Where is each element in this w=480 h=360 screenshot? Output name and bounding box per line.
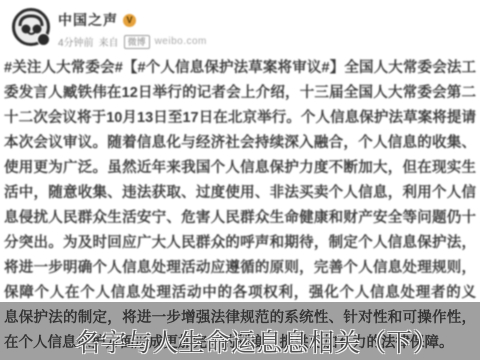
post-header: 中国之声 V 4分钟前 来自 微博 weibo.com <box>12 8 476 52</box>
post-text-upper: #关注人大常委会#【#个人信息保护法草案将审议#】全国人大常委会法工委发言人臧铁… <box>4 56 476 306</box>
post-meta: 4分钟前 来自 微博 weibo.com <box>58 34 207 49</box>
post-time: 4分钟前 <box>58 34 94 49</box>
weibo-post-screenshot: 中国之声 V 4分钟前 来自 微博 weibo.com #关注人大常委会#【#个… <box>0 0 480 360</box>
verified-badge-icon: V <box>123 14 136 27</box>
avatar-sub-badge-icon <box>37 33 50 46</box>
avatar[interactable] <box>12 8 50 46</box>
video-caption-title: 名字与人生命运息息相关（下） <box>0 323 480 357</box>
post-source-url[interactable]: weibo.com <box>155 36 207 47</box>
author-block: 中国之声 V 4分钟前 来自 微博 weibo.com <box>58 8 207 49</box>
post-from-label: 来自 <box>99 34 119 49</box>
post-source-badge[interactable]: 微博 <box>124 35 150 49</box>
username[interactable]: 中国之声 <box>58 10 118 30</box>
